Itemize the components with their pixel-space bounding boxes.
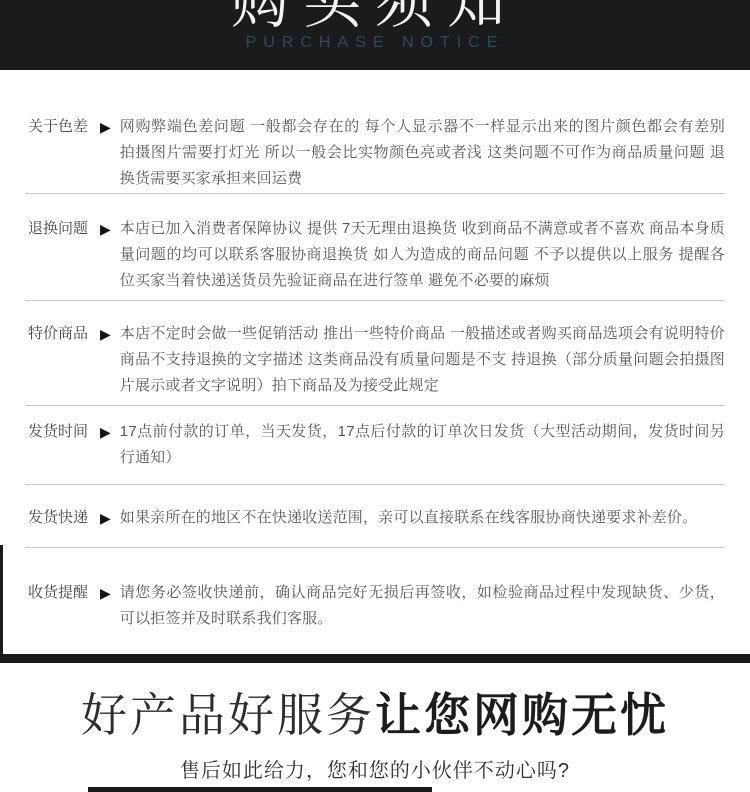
header-banner: 购买须知 PURCHASE NOTICE bbox=[0, 0, 750, 70]
slogan-subline: 售后如此给力，您和您的小伙伴不动心吗? bbox=[0, 754, 750, 783]
notice-row-color-difference: 关于色差 ▶ 网购弊端色差问题 一般都会存在的 每个人显示器不一样显示出来的图片… bbox=[25, 70, 725, 194]
notice-row-shipping-courier: 发货快递 ▶ 如果亲所在的地区不在快递收送范围，亲可以直接联系在线客服协商快递要… bbox=[25, 485, 725, 548]
triangle-arrow-icon: ▶ bbox=[100, 505, 111, 531]
notices-list: 关于色差 ▶ 网购弊端色差问题 一般都会存在的 每个人显示器不一样显示出来的图片… bbox=[0, 70, 750, 632]
notice-row-shipping-time: 发货时间 ▶ 17点前付款的订单，当天发货，17点后付款的订单次日发货（大型活动… bbox=[25, 406, 725, 485]
notice-label: 发货快递 bbox=[28, 505, 90, 531]
notice-text: 网购弊端色差问题 一般都会存在的 每个人显示器不一样显示出来的图片颜色都会有差别… bbox=[120, 114, 725, 192]
notice-label: 退换问题 bbox=[28, 216, 90, 242]
triangle-arrow-icon: ▶ bbox=[100, 419, 111, 445]
notice-row-receipt-reminder: 收货提醒 ▶ 请您务必签收快递前，确认商品完好无损后再签收，如检验商品过程中发现… bbox=[25, 548, 725, 632]
notice-row-returns: 退换问题 ▶ 本店已加入消费者保障协议 提供 7天无理由退换货 收到商品不满意或… bbox=[25, 194, 725, 301]
notice-row-special-price: 特价商品 ▶ 本店不定时会做一些促销活动 推出一些特价商品 一般描述或者购买商品… bbox=[25, 301, 725, 406]
triangle-arrow-icon: ▶ bbox=[100, 580, 111, 606]
notice-text: 本店已加入消费者保障协议 提供 7天无理由退换货 收到商品不满意或者不喜欢 商品… bbox=[120, 216, 725, 294]
page-title-cn: 购买须知 bbox=[0, 0, 750, 33]
notice-label: 收货提醒 bbox=[28, 580, 90, 606]
notice-text: 17点前付款的订单，当天发货，17点后付款的订单次日发货（大型活动期间，发货时间… bbox=[120, 419, 725, 471]
notice-text: 如果亲所在的地区不在快递收送范围，亲可以直接联系在线客服协商快递要求补差价。 bbox=[120, 505, 725, 531]
notice-text: 本店不定时会做一些促销活动 推出一些特价商品 一般描述或者购买商品选项会有说明特… bbox=[120, 321, 725, 399]
notice-label: 发货时间 bbox=[28, 419, 90, 445]
slogan-headline: 好产品好服务让您网购无忧 bbox=[0, 686, 750, 744]
section-divider-bar bbox=[0, 654, 750, 663]
notice-text: 请您务必签收快递前，确认商品完好无损后再签收，如检验商品过程中发现缺货、少货，可… bbox=[120, 580, 725, 632]
triangle-arrow-icon: ▶ bbox=[100, 114, 111, 140]
triangle-arrow-icon: ▶ bbox=[100, 216, 111, 242]
slogan-light: 好产品好服务 bbox=[81, 689, 375, 741]
slogan-bold: 让您网购无忧 bbox=[375, 689, 669, 741]
notice-label: 特价商品 bbox=[28, 321, 90, 347]
notice-label: 关于色差 bbox=[28, 114, 90, 140]
next-section-edge bbox=[88, 787, 432, 792]
page-title-en: PURCHASE NOTICE bbox=[0, 34, 750, 52]
triangle-arrow-icon: ▶ bbox=[100, 321, 111, 347]
purchase-notice-page: 购买须知 PURCHASE NOTICE 关于色差 ▶ 网购弊端色差问题 一般都… bbox=[0, 0, 750, 792]
footer-slogan: 好产品好服务让您网购无忧 售后如此给力，您和您的小伙伴不动心吗? bbox=[0, 686, 750, 783]
left-edge-line bbox=[0, 545, 3, 658]
